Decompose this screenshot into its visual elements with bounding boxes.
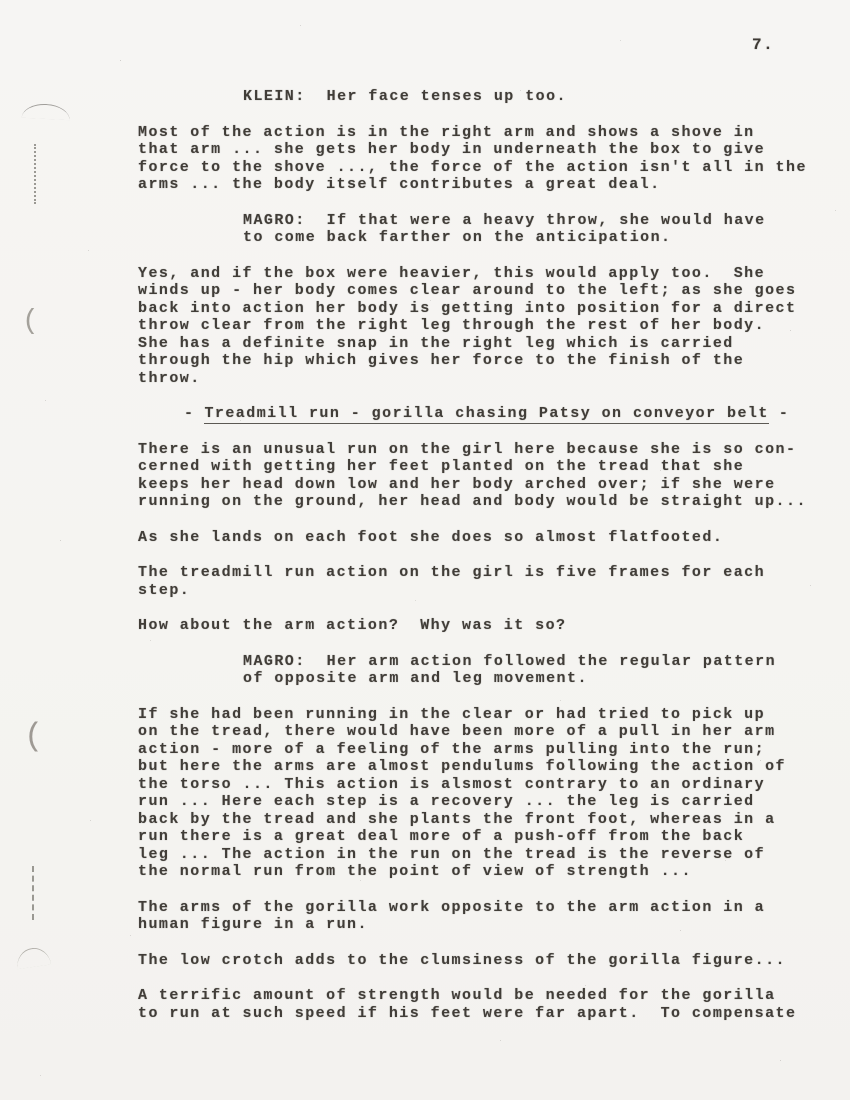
paragraph-unusual-run: There is an unusual run on the girl here… [138, 441, 838, 511]
paragraph-gorilla-arms: The arms of the gorilla work opposite to… [138, 899, 838, 934]
paragraph-five-frames: The treadmill run action on the girl is … [138, 564, 838, 599]
heading-dash-left: - [184, 405, 194, 422]
section-heading-treadmill-run: -Treadmill run - gorilla chasing Patsy o… [180, 405, 838, 423]
paragraph-pendulum-arms: If she had been running in the clear or … [138, 706, 838, 881]
document-page: { "page": { "number": "7." }, "content":… [0, 0, 850, 1100]
page-number: 7. [752, 36, 774, 54]
paragraph-shove-action: Most of the action is in the right arm a… [138, 124, 838, 194]
paragraph-low-crotch: The low crotch adds to the clumsiness of… [138, 952, 838, 970]
scan-artifact-arc-top [22, 103, 71, 120]
scan-artifact-arc-bottom [15, 946, 51, 970]
heading-dash-right: - [779, 405, 789, 422]
paragraph-terrific-strength: A terrific amount of strength would be n… [138, 987, 838, 1022]
scan-artifact-paren-mark-1: ( [22, 306, 39, 337]
speech-magro-throw: MAGRO: If that were a heavy throw, she w… [243, 212, 838, 247]
scan-artifact-dashed-line-bottom [32, 866, 34, 920]
paragraph-flatfooted: As she lands on each foot she does so al… [138, 529, 838, 547]
paragraph-windup-throw: Yes, and if the box were heavier, this w… [138, 265, 838, 388]
speech-klein: KLEIN: Her face tenses up too. [243, 88, 838, 106]
speech-magro-arm-action: MAGRO: Her arm action followed the regul… [243, 653, 838, 688]
paragraph-arm-action-question: How about the arm action? Why was it so? [138, 617, 838, 635]
scan-artifact-dotted-line-top [34, 144, 36, 204]
heading-underlined-text: Treadmill run - gorilla chasing Patsy on… [204, 405, 768, 424]
scan-artifact-paren-mark-2: ( [24, 718, 43, 755]
document-body: KLEIN: Her face tenses up too. Most of t… [138, 88, 838, 1040]
